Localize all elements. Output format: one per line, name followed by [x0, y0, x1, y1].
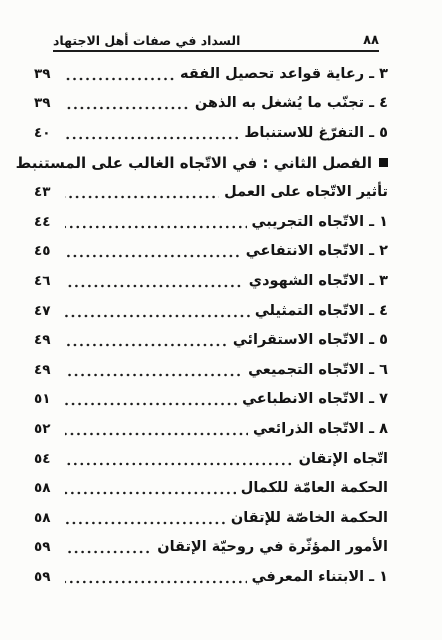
toc-entry-label: ٢ ـ الاتّجاه الانتفاعي	[246, 243, 388, 259]
toc-list: ٣ ـ رعاية قواعد تحصيل الفقه ٣٩ ٤ ـ تجنّب…	[34, 59, 388, 592]
dot-leader	[65, 372, 243, 378]
toc-row: الفصل الثاني : في الاتّجاه الغالب على ال…	[34, 148, 388, 178]
toc-entry-label: الأمور المؤثّرة في روحيّة الإتقان	[157, 539, 388, 555]
toc-row: ٣ ـ رعاية قواعد تحصيل الفقه ٣٩	[34, 59, 388, 89]
toc-entry-page: ٤٤	[34, 214, 60, 230]
toc-entry-label: ٥ ـ الاتّجاه الاستقرائي	[233, 332, 388, 348]
page-number: ٨٨	[363, 33, 379, 48]
toc-entry-page: ٥٩	[34, 569, 60, 585]
toc-entry-page: ٤٩	[34, 362, 60, 378]
toc-row: ٥ ـ الاتّجاه الاستقرائي ٤٩	[34, 325, 388, 355]
toc-entry-label: ١ ـ الاتّجاه التجريبي	[252, 214, 388, 230]
dot-leader	[65, 549, 152, 555]
dot-leader	[65, 135, 239, 141]
toc-row: اتّجاه الإتقان ٥٤	[34, 444, 388, 474]
dot-leader	[65, 313, 250, 319]
toc-row: ٢ ـ الاتّجاه الانتفاعي ٤٥	[34, 237, 388, 267]
dot-leader	[65, 342, 228, 348]
dot-leader	[65, 194, 219, 200]
toc-entry-page: ٣٩	[34, 95, 60, 111]
toc-entry-page: ٥٨	[34, 510, 60, 526]
dot-leader	[65, 461, 294, 467]
dot-leader	[65, 76, 175, 82]
running-head: السداد في صفات أهل الاجتهاد ٨٨	[53, 25, 379, 52]
toc-row: ٤ ـ الاتّجاه التمثيلي ٤٧	[34, 296, 388, 326]
running-head-title: السداد في صفات أهل الاجتهاد	[53, 33, 240, 48]
book-page: السداد في صفات أهل الاجتهاد ٨٨ ٣ ـ رعاية…	[0, 0, 442, 640]
toc-entry-label: الحكمة الخاصّة للإتقان	[231, 510, 388, 526]
toc-entry-page: ٥١	[34, 391, 60, 407]
toc-entry-label: ٣ ـ الاتّجاه الشهودي	[249, 273, 388, 289]
dot-leader	[65, 490, 236, 496]
toc-entry-page: ٤٠	[34, 125, 60, 141]
dot-leader	[65, 579, 247, 585]
toc-entry-label: ٦ ـ الاتّجاه التجميعي	[248, 362, 388, 378]
toc-entry-label: ١ ـ الابتناء المعرفي	[252, 569, 388, 585]
toc-row: ١ ـ الابتناء المعرفي ٥٩	[34, 562, 388, 592]
toc-entry-label: ٤ ـ الاتّجاه التمثيلي	[255, 303, 388, 319]
toc-entry-page: ٤٣	[34, 184, 60, 200]
toc-row: الحكمة الخاصّة للإتقان ٥٨	[34, 503, 388, 533]
toc-row: ٦ ـ الاتّجاه التجميعي ٤٩	[34, 355, 388, 385]
toc-entry-label: ٧ ـ الاتّجاه الانطباعي	[242, 391, 388, 407]
toc-row: ٧ ـ الاتّجاه الانطباعي ٥١	[34, 385, 388, 415]
toc-entry-page: ٥٤	[34, 451, 60, 467]
toc-entry-label: تأثير الاتّجاه على العمل	[224, 184, 388, 200]
toc-entry-page: ٥٢	[34, 421, 60, 437]
toc-row: الحكمة العامّة للكمال ٥٨	[34, 473, 388, 503]
dot-leader	[65, 253, 241, 259]
toc-entry-page: ٤٥	[34, 243, 60, 259]
toc-entry-page: ٣٩	[34, 66, 60, 82]
dot-leader	[65, 105, 190, 111]
dot-leader	[65, 401, 237, 407]
toc-entry-page: ٤٩	[34, 332, 60, 348]
toc-entry-label: ٣ ـ رعاية قواعد تحصيل الفقه	[180, 66, 388, 82]
toc-row: الأمور المؤثّرة في روحيّة الإتقان ٥٩	[34, 533, 388, 563]
dot-leader	[65, 520, 226, 526]
toc-entry-page: ٤٦	[34, 273, 60, 289]
toc-row: ٨ ـ الاتّجاه الذرائعي ٥٢	[34, 414, 388, 444]
toc-entry-page: ٤٧	[34, 303, 60, 319]
toc-entry-page: ٥٩	[34, 539, 60, 555]
toc-entry-label: ٥ ـ التفرّغ للاستنباط	[244, 125, 388, 141]
toc-entry-page: ٤١	[0, 155, 6, 171]
toc-row: تأثير الاتّجاه على العمل ٤٣	[34, 177, 388, 207]
toc-row: ٤ ـ تجنّب ما يُشغل به الذهن ٣٩	[34, 89, 388, 119]
toc-entry-label: ٨ ـ الاتّجاه الذرائعي	[253, 421, 388, 437]
toc-row: ٣ ـ الاتّجاه الشهودي ٤٦	[34, 266, 388, 296]
toc-row: ٥ ـ التفرّغ للاستنباط ٤٠	[34, 118, 388, 148]
toc-row: ١ ـ الاتّجاه التجريبي ٤٤	[34, 207, 388, 237]
dot-leader	[65, 283, 244, 289]
toc-entry-label: الحكمة العامّة للكمال	[241, 480, 388, 496]
dot-leader	[65, 431, 248, 437]
dot-leader	[65, 224, 247, 230]
toc-entry-label: الفصل الثاني : في الاتّجاه الغالب على ال…	[16, 154, 372, 172]
toc-entry-page: ٥٨	[34, 480, 60, 496]
toc-entry-label: ٤ ـ تجنّب ما يُشغل به الذهن	[195, 95, 388, 111]
toc-entry-label: اتّجاه الإتقان	[299, 451, 388, 467]
chapter-bullet-icon	[379, 158, 388, 167]
